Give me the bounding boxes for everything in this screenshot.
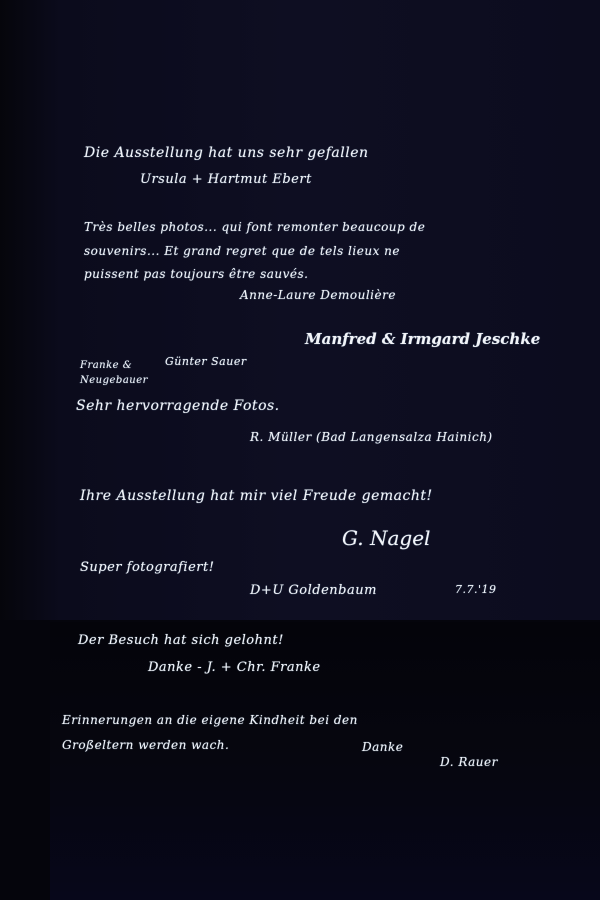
entry-9-line-2: Großeltern werden wach. bbox=[62, 738, 229, 752]
entry-1-signature: Ursula + Hartmut Ebert bbox=[140, 172, 312, 187]
entry-9-signature: D. Rauer bbox=[440, 755, 498, 769]
entry-8-signature: Danke - J. + Chr. Franke bbox=[148, 660, 321, 675]
guestbook-lower-page bbox=[50, 622, 600, 900]
entry-2-line-1: Très belles photos... qui font remonter … bbox=[84, 220, 425, 234]
guestbook-upper-page bbox=[0, 0, 600, 620]
entry-1-text: Die Ausstellung hat uns sehr gefallen bbox=[84, 145, 369, 161]
entry-7-text: Super fotografiert! bbox=[80, 560, 214, 575]
entry-3-signature: Manfred & Irmgard Jeschke bbox=[305, 330, 540, 348]
entry-6-signature: G. Nagel bbox=[342, 526, 430, 550]
entry-9-closing: Danke bbox=[362, 740, 403, 754]
entry-2-line-2: souvenirs... Et grand regret que de tels… bbox=[84, 244, 400, 258]
entry-5-signature: R. Müller (Bad Langensalza Hainich) bbox=[250, 430, 493, 444]
entry-9-line-1: Erinnerungen an die eigene Kindheit bei … bbox=[62, 713, 358, 727]
entry-2-signature: Anne-Laure Demoulière bbox=[240, 288, 396, 302]
entry-6-text: Ihre Ausstellung hat mir viel Freude gem… bbox=[80, 488, 433, 504]
entry-2-line-3: puissent pas toujours être sauvés. bbox=[84, 267, 308, 281]
entry-7-signature: D+U Goldenbaum bbox=[250, 583, 377, 598]
entry-5-text: Sehr hervorragende Fotos. bbox=[76, 398, 280, 414]
entry-4-signature-b: Günter Sauer bbox=[165, 355, 247, 368]
entry-7-date: 7.7.'19 bbox=[455, 583, 497, 596]
entry-8-text: Der Besuch hat sich gelohnt! bbox=[78, 633, 284, 648]
